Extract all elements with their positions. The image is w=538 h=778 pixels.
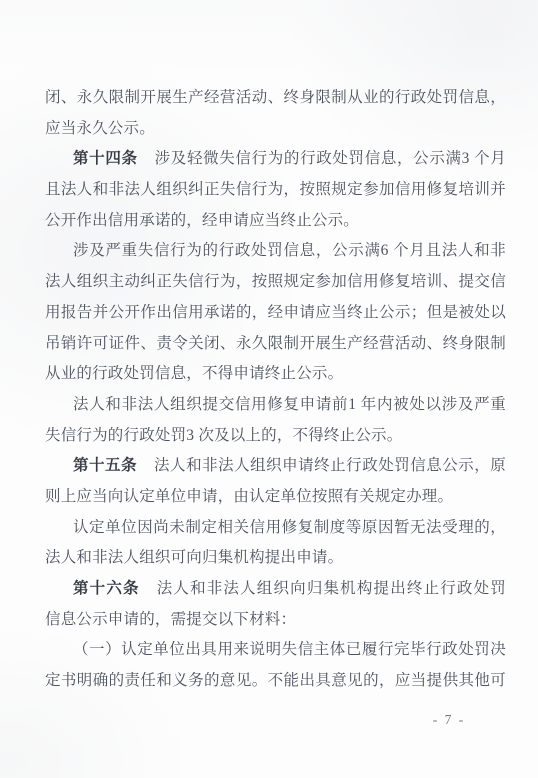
text-line: 闭、永久限制开展生产经营活动、终身限制从业的行政处罚信息，	[45, 83, 506, 114]
text-line: 定书明确的责任和义务的意见。不能出具意见的，应当提供其他可	[45, 666, 506, 697]
text-line: 则上应当向认定单位申请，由认定单位按照有关规定办理。	[45, 482, 506, 513]
article-line: 第十五条法人和非法人组织申请终止行政处罚信息公示，原	[45, 451, 506, 482]
article-number: 第十五条	[73, 457, 137, 474]
text-line: 用报告并公开作出信用承诺的，经申请应当终止公示；但是被处以	[45, 298, 506, 329]
page-number: - 7 -	[427, 712, 471, 728]
document-page: 闭、永久限制开展生产经营活动、终身限制从业的行政处罚信息， 应当永久公示。 第十…	[0, 0, 538, 778]
text-line: （一）认定单位出具用来说明失信主体已履行完毕行政处罚决	[45, 635, 506, 666]
article-line: 第十六条法人和非法人组织向归集机构提出终止行政处罚	[45, 574, 506, 605]
text-line: 法人组织主动纠正失信行为，按照规定参加信用修复培训、提交信	[45, 267, 506, 298]
article-text: 涉及轻微失信行为的行政处罚信息，公示满3 个月	[155, 150, 506, 167]
text-line: 失信行为的行政处罚3 次及以上的，不得终止公示。	[45, 421, 506, 452]
article-line: 第十四条涉及轻微失信行为的行政处罚信息，公示满3 个月	[45, 144, 506, 175]
text-block: 闭、永久限制开展生产经营活动、终身限制从业的行政处罚信息， 应当永久公示。 第十…	[45, 83, 506, 697]
text-line: 应当永久公示。	[45, 114, 506, 145]
text-line: 涉及严重失信行为的行政处罚信息，公示满6 个月且法人和非	[45, 236, 506, 267]
article-text: 法人和非法人组织申请终止行政处罚信息公示，原	[154, 457, 506, 474]
text-line: 吊销许可证件、责令关闭、永久限制开展生产经营活动、终身限制	[45, 329, 506, 360]
article-number: 第十四条	[73, 150, 138, 167]
article-text: 法人和非法人组织向归集机构提出终止行政处罚	[157, 580, 506, 597]
text-line: 法人和非法人组织可向归集机构提出申请。	[45, 543, 506, 574]
text-line: 公开作出信用承诺的，经申请应当终止公示。	[45, 206, 506, 237]
text-line: 认定单位因尚未制定相关信用修复制度等原因暂无法受理的，	[45, 513, 506, 544]
text-line: 且法人和非法人组织纠正失信行为，按照规定参加信用修复培训并	[45, 175, 506, 206]
article-number: 第十六条	[73, 580, 140, 597]
text-line: 信息公示申请的，需提交以下材料：	[45, 605, 506, 636]
text-line: 法人和非法人组织提交信用修复申请前1 年内被处以涉及严重	[45, 390, 506, 421]
text-line: 从业的行政处罚信息，不得申请终止公示。	[45, 359, 506, 390]
